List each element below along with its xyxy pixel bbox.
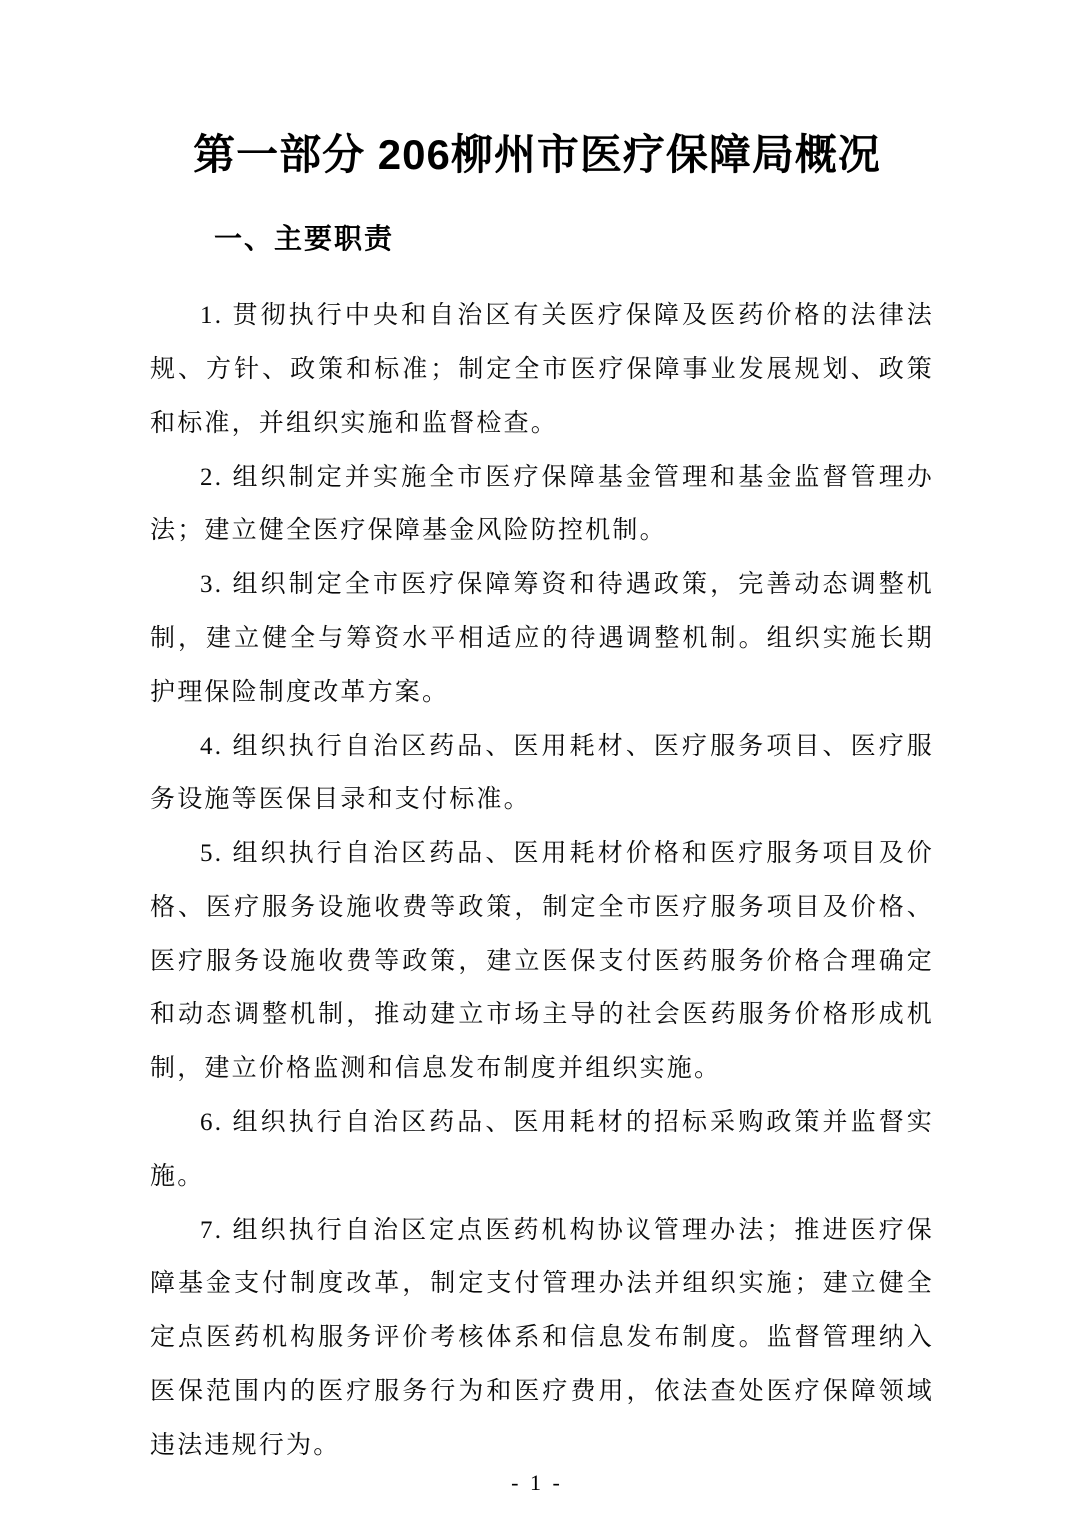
body-paragraph-6: 6. 组织执行自治区药品、医用耗材的招标采购政策并监督实施。 (150, 1096, 934, 1204)
document-title: 第一部分 206柳州市医疗保障局概况 (0, 28, 1074, 184)
body-paragraph-7: 7. 组织执行自治区定点医药机构协议管理办法；推进医疗保障基金支付制度改革，制定… (150, 1204, 934, 1473)
section-heading: 一、主要职责 (150, 220, 934, 257)
body-paragraph-2: 2. 组织制定并实施全市医疗保障基金管理和基金监督管理办法；建立健全医疗保障基金… (150, 451, 934, 559)
body-paragraph-4: 4. 组织执行自治区药品、医用耗材、医疗服务项目、医疗服务设施等医保目录和支付标… (150, 720, 934, 828)
document-page: 第一部分 206柳州市医疗保障局概况 一、主要职责 1. 贯彻执行中央和自治区有… (0, 0, 1074, 1520)
document-body: 1. 贯彻执行中央和自治区有关医疗保障及医药价格的法律法规、方针、政策和标准；制… (150, 289, 934, 1473)
body-paragraph-5: 5. 组织执行自治区药品、医用耗材价格和医疗服务项目及价格、医疗服务设施收费等政… (150, 827, 934, 1096)
body-paragraph-3: 3. 组织制定全市医疗保障筹资和待遇政策，完善动态调整机制，建立健全与筹资水平相… (150, 558, 934, 719)
page-number: - 1 - (0, 1470, 1074, 1496)
body-paragraph-1: 1. 贯彻执行中央和自治区有关医疗保障及医药价格的法律法规、方针、政策和标准；制… (150, 289, 934, 450)
